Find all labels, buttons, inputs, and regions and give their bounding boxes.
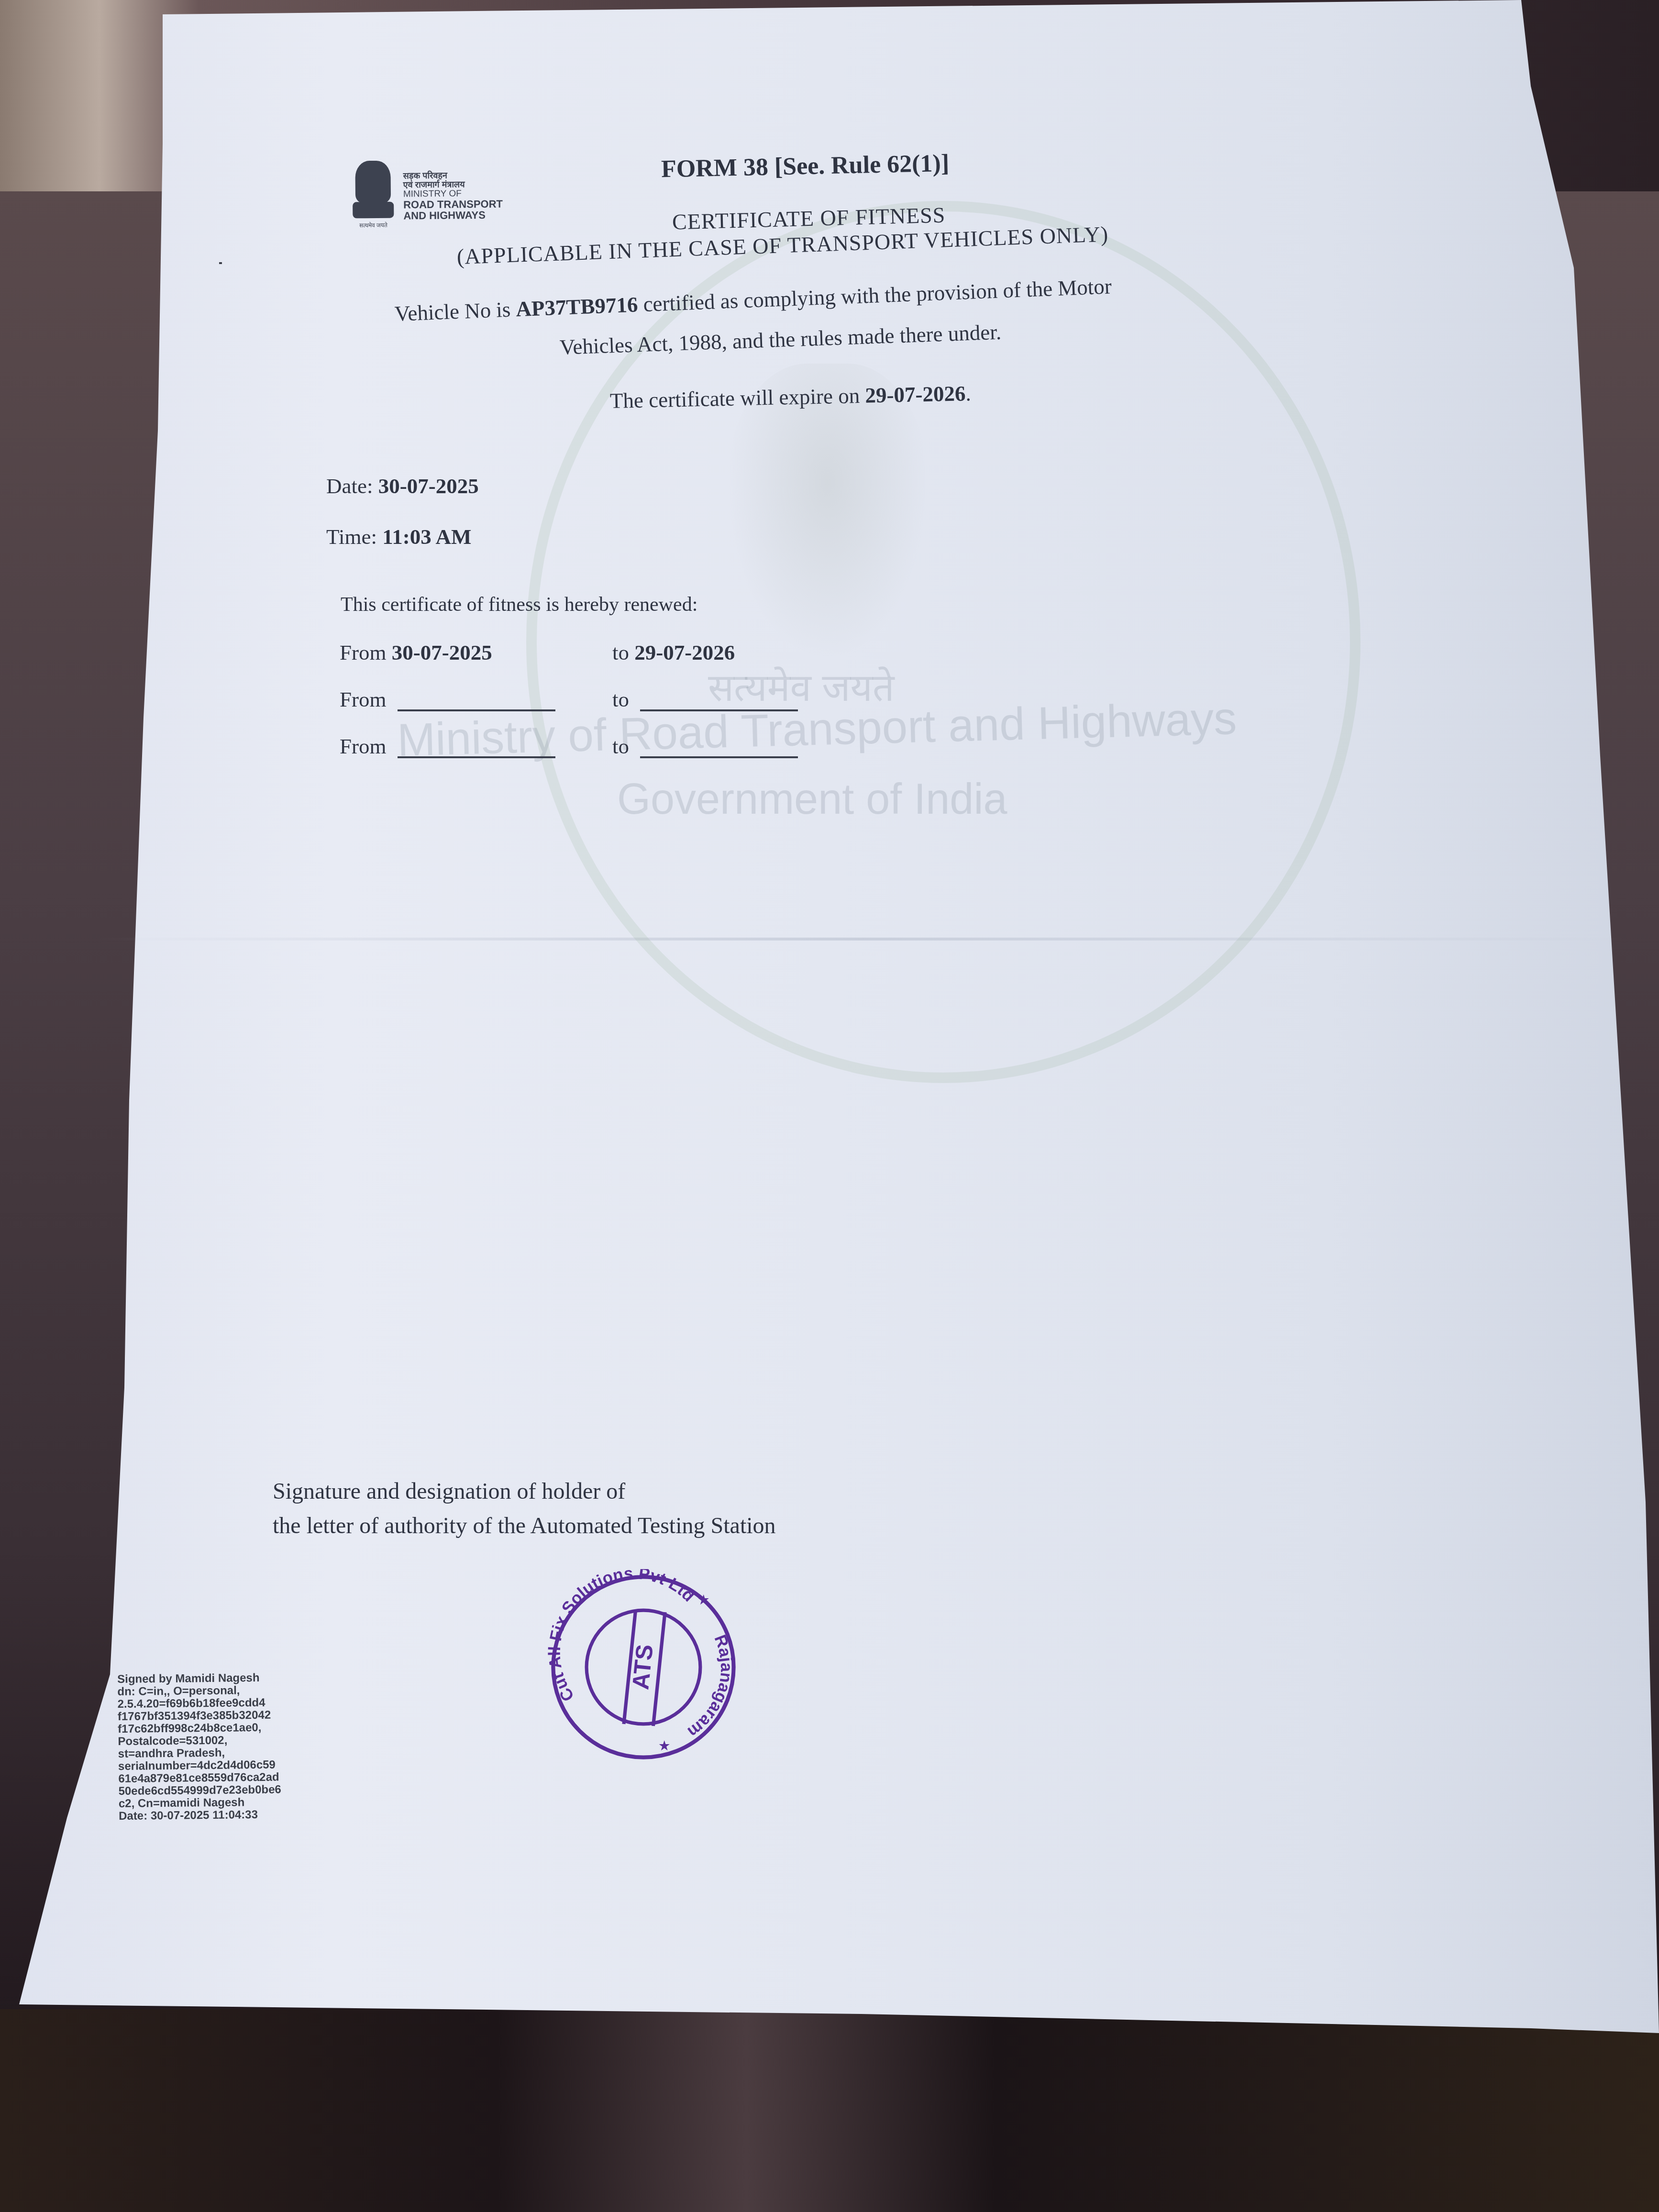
company-stamp-icon: ATS Cut All Fix Solutions Pvt Ltd Rajana…	[545, 1569, 741, 1765]
date-label: Date:	[326, 474, 378, 498]
ministry-hindi-1: सड़क परिवहन	[403, 171, 503, 181]
stamp-location: Rajanagaram	[684, 1632, 736, 1741]
to-label: to	[612, 734, 634, 758]
digital-signature-line: 50ede6cd554999d7e23eb0be6	[118, 1783, 281, 1798]
to-label: to	[612, 687, 634, 711]
ministry-en-3: AND HIGHWAYS	[403, 209, 503, 221]
renewal-from-date: 30-07-2025	[392, 641, 492, 664]
from-label: From	[340, 734, 392, 758]
blank-to-field	[640, 690, 798, 711]
blank-from-field	[398, 737, 555, 758]
statement-prefix: Vehicle No is	[394, 297, 516, 326]
svg-text:Rajanagaram: Rajanagaram	[684, 1632, 736, 1741]
ministry-en-2: ROAD TRANSPORT	[403, 198, 503, 210]
signature-label: Signature and designation of holder of t…	[273, 1474, 776, 1543]
svg-text:★: ★	[658, 1738, 671, 1754]
national-emblem-icon: सत्यमेव जयते	[351, 161, 395, 233]
ministry-name: सड़क परिवहन एवं राजमार्ग मंत्रालय MINIST…	[403, 171, 503, 221]
blank-from-field	[398, 690, 555, 711]
time-value: 11:03 AM	[382, 525, 471, 549]
date-value: 30-07-2025	[378, 474, 479, 498]
ministry-hindi-2: एवं राजमार्ग मंत्रालय	[403, 180, 503, 190]
digital-signature-block: Signed by Mamidi Nagesh dn: C=in,, O=per…	[117, 1671, 282, 1823]
ministry-logo: सत्यमेव जयते सड़क परिवहन एवं राजमार्ग मं…	[351, 160, 503, 233]
digital-signature-line: Date: 30-07-2025 11:04:33	[119, 1808, 282, 1823]
expiry-date: 29-07-2026	[865, 381, 966, 407]
renewal-to-date: 29-07-2026	[634, 641, 735, 664]
time-label: Time:	[326, 525, 382, 549]
svg-text:Cut All Fix Solutions Pvt Ltd: Cut All Fix Solutions Pvt Ltd	[545, 1569, 698, 1705]
issue-time: Time: 11:03 AM	[326, 524, 471, 549]
signature-label-line2: the letter of authority of the Automated…	[273, 1509, 776, 1543]
digital-signature-line: f17c62bff998c24b8ce1ae0,	[118, 1721, 281, 1736]
from-label: From	[340, 687, 392, 711]
blank-to-field	[640, 737, 798, 758]
ink-dot	[219, 262, 222, 264]
expiry-suffix: .	[965, 381, 971, 405]
stamp-company-name: Cut All Fix Solutions Pvt Ltd	[545, 1569, 698, 1705]
digital-signature-line: Postalcode=531002,	[118, 1734, 281, 1748]
emblem-motto: सत्यमेव जयते	[352, 221, 395, 228]
digital-signature-line: Signed by Mamidi Nagesh	[117, 1671, 280, 1686]
watermark-government: Government of India	[617, 775, 1007, 824]
renewal-row: From 30-07-2025 to 29-07-2026	[340, 640, 492, 665]
to-label: to	[612, 641, 634, 664]
renewal-heading: This certificate of fitness is hereby re…	[341, 593, 697, 616]
form-title: FORM 38 [See. Rule 62(1)]	[661, 149, 949, 184]
expiry-prefix: The certificate will expire on	[609, 384, 865, 413]
renewal-row: From to	[340, 687, 555, 712]
renewal-row: From to	[340, 734, 555, 759]
background-bottom	[0, 2009, 1659, 2212]
svg-text:★: ★	[697, 1593, 710, 1608]
issue-date: Date: 30-07-2025	[326, 474, 479, 498]
vehicle-number: AP37TB9716	[516, 292, 639, 321]
from-label: From	[340, 641, 392, 664]
signature-label-line1: Signature and designation of holder of	[273, 1474, 776, 1509]
stamp-center-text: ATS	[627, 1643, 658, 1691]
